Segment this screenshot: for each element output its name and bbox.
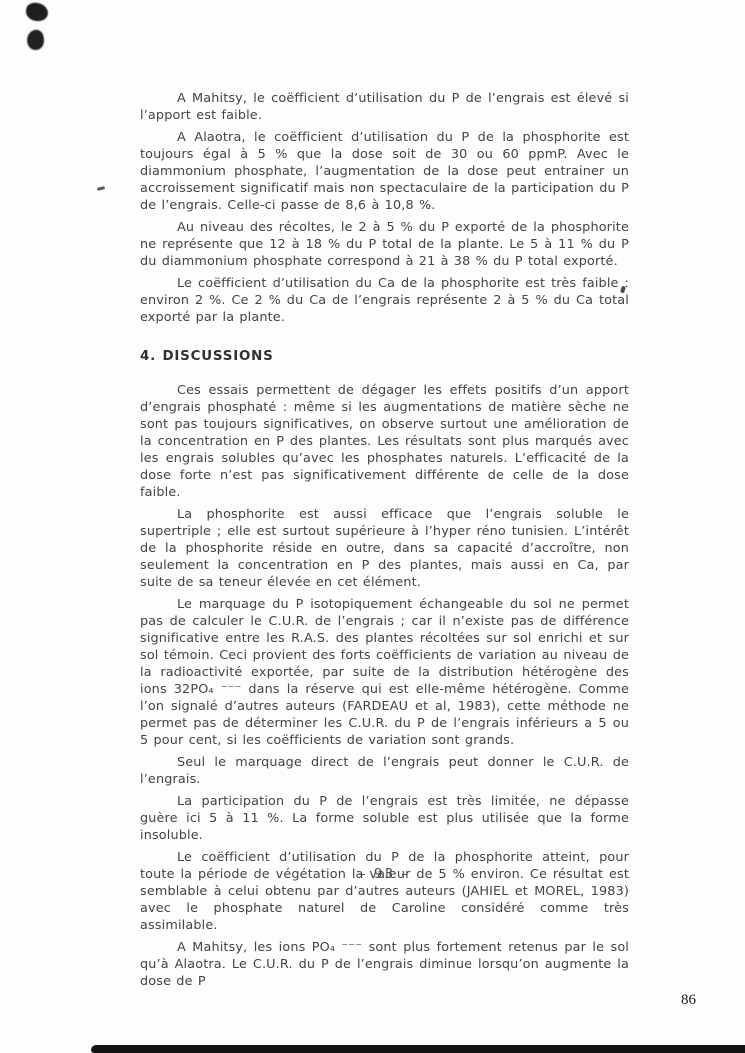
paragraph: Seul le marquage direct de l’engrais peu… bbox=[140, 754, 629, 788]
scanned-page: A Mahitsy, le coëfficient d’utilisation … bbox=[0, 0, 745, 1053]
paragraph: A Mahitsy, les ions PO₄ ⁻⁻⁻ sont plus fo… bbox=[140, 939, 629, 990]
paragraph: Au niveau des récoltes, le 2 à 5 % du P … bbox=[140, 219, 629, 270]
paragraph: A Mahitsy, le coëfficient d’utilisation … bbox=[140, 90, 629, 124]
page-body: A Mahitsy, le coëfficient d’utilisation … bbox=[140, 90, 629, 995]
paragraph: Le coëfficient d’utilisation du P de la … bbox=[140, 849, 629, 934]
scan-artifact-bottom-edge bbox=[91, 1045, 745, 1053]
scan-artifact-blob-bottom bbox=[26, 29, 46, 51]
paragraph: Le coëfficient d’utilisation du Ca de la… bbox=[140, 275, 629, 326]
paragraph: Le marquage du P isotopiquement échangea… bbox=[140, 596, 629, 749]
paragraph: La phosphorite est aussi efficace que l’… bbox=[140, 506, 629, 591]
paragraph: La participation du P de l’engrais est t… bbox=[140, 793, 629, 844]
scan-artifact-margin-tick bbox=[97, 186, 105, 191]
scan-artifact-blob-top bbox=[25, 2, 49, 22]
paragraph: A Alaotra, le coëfficient d’utilisation … bbox=[140, 129, 629, 214]
section-heading: 4. DISCUSSIONS bbox=[140, 348, 629, 365]
paragraph: Ces essais permettent de dégager les eff… bbox=[140, 382, 629, 501]
page-number-footer: – 93 – bbox=[140, 866, 629, 882]
folio-number: 86 bbox=[681, 992, 696, 1009]
